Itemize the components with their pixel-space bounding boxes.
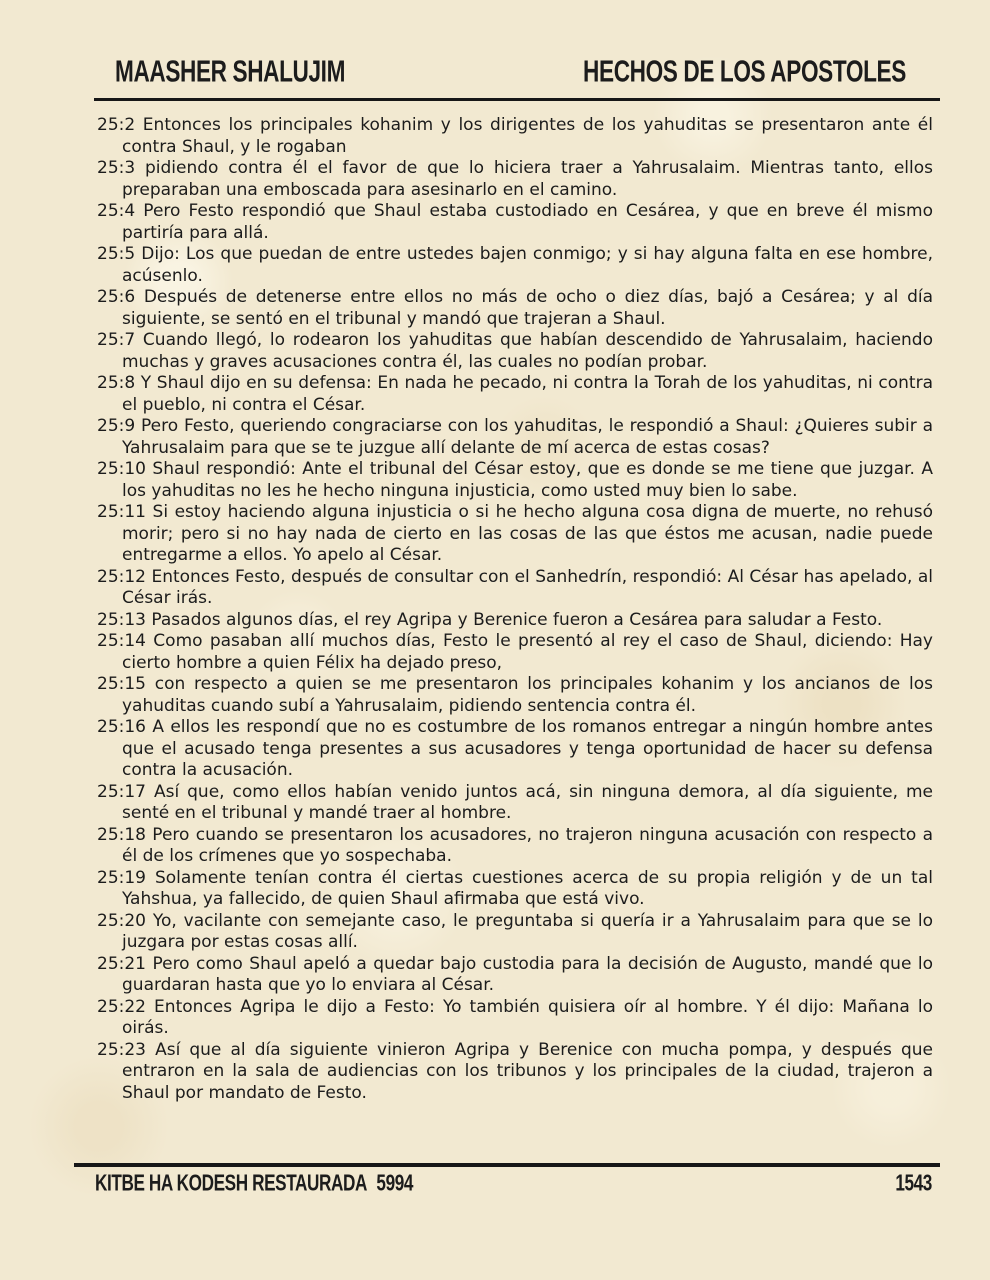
verse-body: A ellos les respondí que no es costumbre… [122, 717, 933, 780]
verse-ref: 25:17 [97, 782, 146, 802]
verse: 25:11 Si estoy haciendo alguna injustici… [97, 502, 933, 567]
verse-ref: 25:10 [97, 459, 146, 479]
verse-ref: 25:8 [97, 373, 135, 393]
verse-body: Pero como Shaul apeló a quedar bajo cust… [122, 954, 933, 996]
footer-rule [74, 1163, 940, 1167]
verse: 25:20 Yo, vacilante con semejante caso, … [97, 911, 933, 954]
verse-body: Entonces los principales kohanim y los d… [122, 115, 933, 157]
verse-ref: 25:21 [97, 954, 146, 974]
footer-book-title: KITBE HA KODESH RESTAURADA5994 [95, 1169, 413, 1196]
verse-ref: 25:4 [97, 201, 135, 221]
verse: 25:2 Entonces los principales kohanim y … [97, 115, 933, 158]
verse-body: Después de detenerse entre ellos no más … [122, 287, 933, 329]
verse-ref: 25:7 [97, 330, 135, 350]
verse-ref: 25:11 [97, 502, 146, 522]
verse-body: Cuando llegó, lo rodearon los yahuditas … [122, 330, 933, 372]
header-left-title: MAASHER SHALUJIM [115, 55, 345, 90]
verse-body: Yo, vacilante con semejante caso, le pre… [122, 911, 933, 953]
verse: 25:14 Como pasaban allí muchos días, Fes… [97, 631, 933, 674]
verse-ref: 25:9 [97, 416, 135, 436]
verse-ref: 25:14 [97, 631, 146, 651]
verse-body: Shaul respondió: Ante el tribunal del Cé… [122, 459, 933, 501]
verse-ref: 25:2 [97, 115, 135, 135]
verse-body: Pero Festo respondió que Shaul estaba cu… [122, 201, 933, 243]
verse: 25:22 Entonces Agripa le dijo a Festo: Y… [97, 997, 933, 1040]
verse-body: Así que, como ellos habían venido juntos… [122, 782, 933, 824]
verse: 25:10 Shaul respondió: Ante el tribunal … [97, 459, 933, 502]
verse: 25:15 con respecto a quien se me present… [97, 674, 933, 717]
verse: 25:21 Pero como Shaul apeló a quedar baj… [97, 954, 933, 997]
footer-book-label: KITBE HA KODESH RESTAURADA [95, 1169, 367, 1195]
verse: 25:19 Solamente tenían contra él ciertas… [97, 868, 933, 911]
verse-body: Y Shaul dijo en su defensa: En nada he p… [122, 373, 933, 415]
footer-edition-number: 5994 [376, 1169, 413, 1195]
verse-text-block: 25:2 Entonces los principales kohanim y … [97, 115, 933, 1104]
verse-body: Pasados algunos días, el rey Agripa y Be… [146, 610, 882, 630]
verse: 25:6 Después de detenerse entre ellos no… [97, 287, 933, 330]
footer-page-number: 1543 [895, 1169, 932, 1196]
verse-body: Dijo: Los que puedan de entre ustedes ba… [122, 244, 933, 286]
header-right-title: HECHOS DE LOS APOSTOLES [583, 55, 906, 90]
verse: 25:18 Pero cuando se presentaron los acu… [97, 825, 933, 868]
verse: 25:8 Y Shaul dijo en su defensa: En nada… [97, 373, 933, 416]
verse-body: Si estoy haciendo alguna injusticia o si… [122, 502, 933, 565]
verse-body: Entonces Agripa le dijo a Festo: Yo tamb… [122, 997, 933, 1039]
verse-ref: 25:16 [97, 717, 146, 737]
verse: 25:5 Dijo: Los que puedan de entre usted… [97, 244, 933, 287]
verse: 25:3 pidiendo contra él el favor de que … [97, 158, 933, 201]
verse-body: Así que al día siguiente vinieron Agripa… [122, 1040, 933, 1103]
header-rule [94, 98, 940, 101]
verse: 25:16 A ellos les respondí que no es cos… [97, 717, 933, 782]
verse: 25:9 Pero Festo, queriendo congraciarse … [97, 416, 933, 459]
verse-ref: 25:3 [97, 158, 135, 178]
verse-ref: 25:6 [97, 287, 135, 307]
verse: 25:7 Cuando llegó, lo rodearon los yahud… [97, 330, 933, 373]
verse-ref: 25:20 [97, 911, 146, 931]
verse-ref: 25:18 [97, 825, 146, 845]
page-footer: KITBE HA KODESH RESTAURADA5994 1543 [95, 1170, 932, 1196]
verse: 25:12 Entonces Festo, después de consult… [97, 567, 933, 610]
verse-ref: 25:5 [97, 244, 135, 264]
verse-body: Como pasaban allí muchos días, Festo le … [122, 631, 933, 673]
page-header: MAASHER SHALUJIM HECHOS DE LOS APOSTOLES [115, 56, 906, 89]
verse-body: pidiendo contra él el favor de que lo hi… [122, 158, 933, 200]
verse-body: Pero Festo, queriendo congraciarse con l… [122, 416, 933, 458]
verse-ref: 25:15 [97, 674, 146, 694]
verse: 25:17 Así que, como ellos habían venido … [97, 782, 933, 825]
verse-ref: 25:23 [97, 1040, 146, 1060]
verse: 25:4 Pero Festo respondió que Shaul esta… [97, 201, 933, 244]
verse-ref: 25:13 [97, 610, 146, 630]
verse-ref: 25:22 [97, 997, 146, 1017]
document-page: MAASHER SHALUJIM HECHOS DE LOS APOSTOLES… [0, 0, 990, 1280]
verse-body: Entonces Festo, después de consultar con… [122, 567, 933, 609]
verse-body: Solamente tenían contra él ciertas cuest… [122, 868, 933, 910]
verse: 25:13 Pasados algunos días, el rey Agrip… [97, 610, 933, 632]
verse-body: Pero cuando se presentaron los acusadore… [122, 825, 933, 867]
verse: 25:23 Así que al día siguiente vinieron … [97, 1040, 933, 1105]
verse-ref: 25:19 [97, 868, 146, 888]
verse-body: con respecto a quien se me presentaron l… [122, 674, 933, 716]
verse-ref: 25:12 [97, 567, 146, 587]
